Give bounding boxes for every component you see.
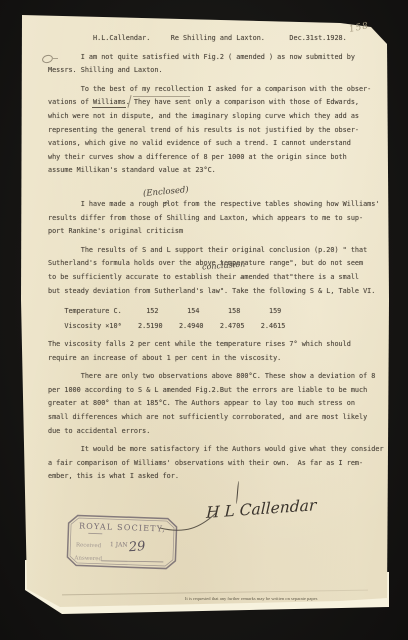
- paragraph: It would be more satisfactory if the Aut…: [48, 443, 388, 484]
- typed-line: Temperature C. 152 154 158 159: [48, 304, 388, 319]
- typed-line: which were not in dispute, and the imagi…: [48, 110, 388, 124]
- williams-underline: [92, 107, 126, 108]
- typed-line: Viscosity ×10⁶ 2.5190 2.4940 2.4705 2.46…: [48, 319, 388, 334]
- paragraph: To the best of my recollection I asked f…: [48, 83, 388, 178]
- typed-line: To the best of my recollection I asked f…: [48, 83, 388, 97]
- printed-footer-notice: It is requested that any further remarks…: [185, 596, 318, 601]
- typed-line: per 1000 according to S & L amended Fig.…: [48, 384, 388, 398]
- stamp-received-year-handwritten: 29: [127, 539, 146, 555]
- stamp-received-date: 1 JAN: [110, 541, 128, 549]
- paragraph: Temperature C. 152 154 158 159 Viscosity…: [48, 304, 388, 334]
- typed-line: It would be more satisfactory if the Aut…: [48, 443, 388, 457]
- paragraph: I am not quite satisfied with Fig.2 ( am…: [48, 51, 388, 78]
- stamp-title: ROYAL SOCIETY,: [79, 521, 166, 533]
- typed-text: H.L.Callendar. Re Shilling and Laxton. D…: [48, 32, 388, 484]
- pencil-overline-mark: [133, 96, 190, 97]
- typed-line: port Rankine's original criticism: [48, 225, 388, 239]
- typed-line: The viscosity falls 2 per cent while the…: [48, 338, 388, 352]
- paragraph: The results of S and L support their ori…: [48, 244, 388, 298]
- typed-line: but steady deviation from Sutherland's l…: [48, 285, 388, 299]
- typed-line: ember, this is what I asked for.: [48, 470, 388, 484]
- typed-line: greater at 800° than at 185°C. The Autho…: [48, 397, 388, 411]
- typed-line: small differences which are not sufficie…: [48, 411, 388, 425]
- royal-society-stamp: ROYAL SOCIETY, Received 1 JAN 29 Answere…: [65, 513, 179, 571]
- typed-line: due to accidental errors.: [48, 425, 388, 439]
- typed-line: a fair comparison of Williams' observati…: [48, 457, 388, 471]
- typed-line: The results of S and L support their ori…: [48, 244, 388, 258]
- typed-line: why their curves show a difference of 8 …: [48, 151, 388, 165]
- paragraph: I have made a rough plot from the respec…: [48, 198, 388, 239]
- typed-line: H.L.Callendar. Re Shilling and Laxton. D…: [48, 32, 388, 46]
- typed-line: to be sufficiently accurate to establish…: [48, 271, 388, 285]
- photo-background: H.L.Callendar. Re Shilling and Laxton. D…: [0, 0, 408, 640]
- stamp-received-label: Received: [76, 542, 102, 549]
- letter-header-line: H.L.Callendar. Re Shilling and Laxton. D…: [48, 32, 388, 46]
- insertion-caret-icon: ^: [239, 276, 245, 284]
- typed-line: Messrs. Shilling and Laxton.: [48, 64, 388, 78]
- stamp-answered-label: Answered: [73, 555, 102, 562]
- typed-line: require an increase of about 1 per cent …: [48, 352, 388, 366]
- typed-line: I have made a rough plot from the respec…: [48, 198, 388, 212]
- pencil-margin-dash: [53, 58, 58, 59]
- typed-line: representing the general trend of his re…: [48, 124, 388, 138]
- stamp-answered-line: [101, 560, 163, 563]
- typed-line: vations, which give no valid evidence of…: [48, 137, 388, 151]
- paragraph: There are only two observations above 80…: [48, 370, 388, 438]
- typed-line: results differ from those of Shilling an…: [48, 212, 388, 226]
- typed-line: I am not quite satisfied with Fig.2 ( am…: [48, 51, 388, 65]
- paragraph: The viscosity falls 2 per cent while the…: [48, 338, 388, 365]
- insertion-caret-icon: ^: [163, 201, 170, 210]
- typed-line: assume Millikan's standard value at 23°C…: [48, 164, 388, 178]
- typed-line: There are only two observations above 80…: [48, 370, 388, 384]
- typed-line: vations of Williams. They have sent only…: [48, 96, 388, 110]
